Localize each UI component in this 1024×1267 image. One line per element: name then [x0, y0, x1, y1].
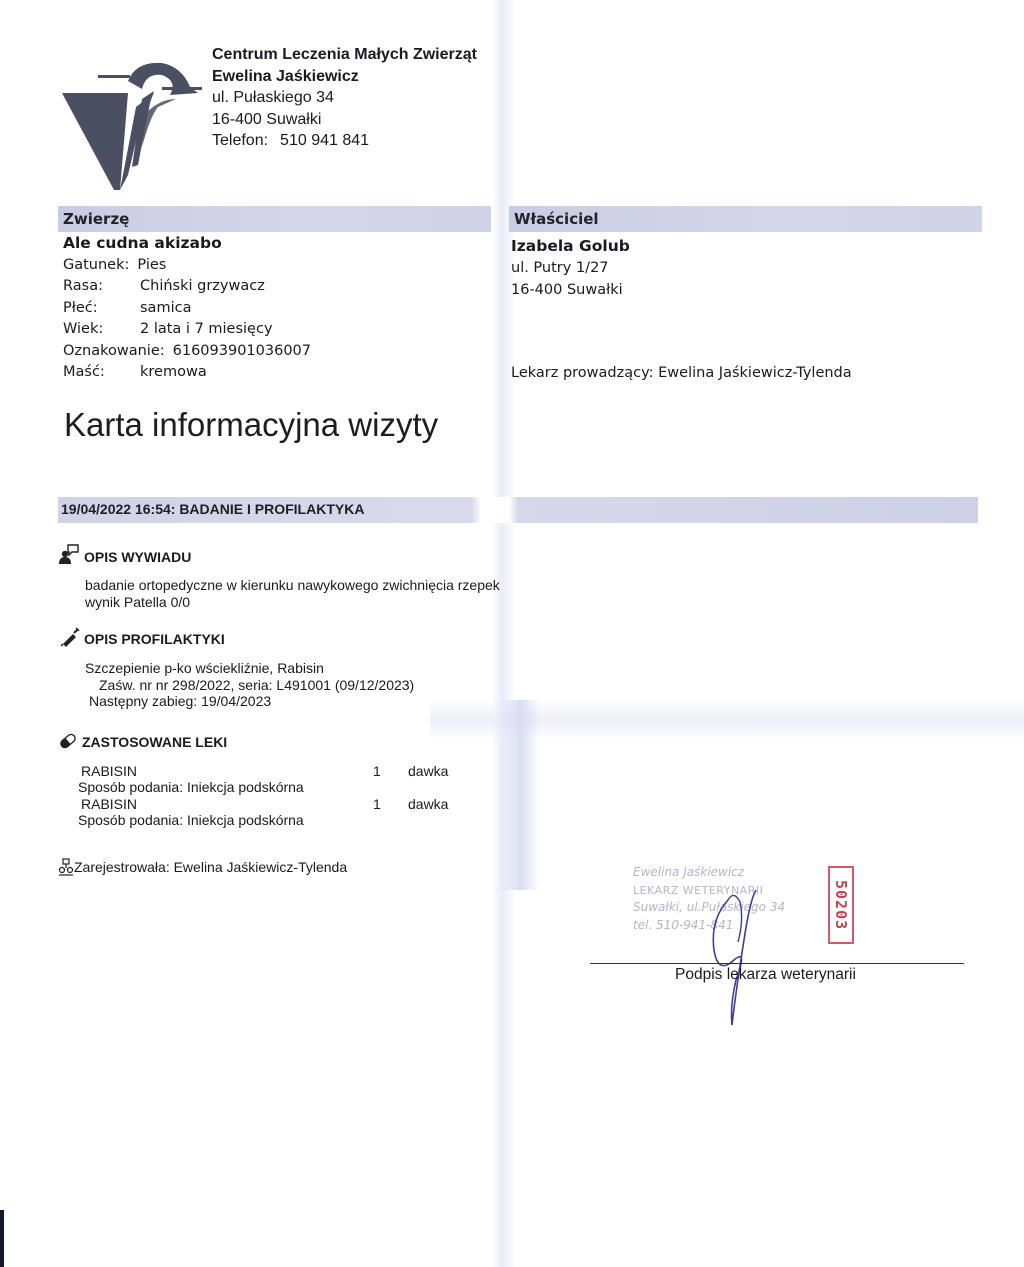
stamp-line: Ewelina Jaśkiewicz	[633, 864, 785, 882]
medications-title: ZASTOSOWANE LEKI	[82, 734, 227, 750]
animal-name: Ale cudna akizabo	[63, 233, 311, 255]
clinic-logo-icon	[58, 55, 203, 190]
field-label: Płeć:	[63, 298, 140, 320]
animal-section-bar: Zwierzę	[58, 206, 491, 232]
animal-field-breed: Rasa: Chiński grzywacz	[63, 276, 311, 298]
visit-header-bar: 19/04/2022 16:54: BADANIE I PROFILAKTYKA	[58, 497, 978, 523]
clinic-phone: Telefon:510 941 841	[212, 130, 477, 152]
medication-unit: dawka	[408, 796, 448, 812]
medications-list: RABISIN 1 dawka Sposób podania: Iniekcja…	[78, 761, 458, 829]
interview-title: OPIS WYWIADU	[84, 549, 191, 565]
interview-section-heading: OPIS WYWIADU	[58, 543, 191, 565]
attending-doctor: Lekarz prowadzący: Ewelina Jaśkiewicz-Ty…	[511, 365, 852, 381]
medication-route: Sposób podania: Iniekcja podskórna	[78, 779, 458, 796]
field-label: Oznakowanie:	[63, 341, 165, 363]
medication-name: RABISIN	[78, 763, 373, 779]
clinic-owner: Ewelina Jaśkiewicz	[212, 66, 477, 88]
animal-details: Ale cudna akizabo Gatunek: Pies Rasa: Ch…	[63, 233, 311, 384]
animal-field-sex: Płeć: samica	[63, 298, 311, 320]
prophylaxis-line: Następny zabieg: 19/04/2023	[85, 693, 414, 710]
animal-section-title: Zwierzę	[58, 206, 491, 232]
interview-speech-icon	[58, 543, 80, 565]
signature-line	[590, 963, 964, 964]
clinic-name: Centrum Leczenia Małych Zwierząt	[212, 44, 477, 66]
field-label: Maść:	[63, 362, 140, 384]
field-value: Pies	[137, 255, 166, 277]
medication-qty: 1	[373, 796, 408, 812]
field-value: kremowa	[140, 362, 207, 384]
paper-crease-vertical	[492, 0, 514, 1267]
animal-field-age: Wiek: 2 lata i 7 miesięcy	[63, 319, 311, 341]
field-value: samica	[140, 298, 191, 320]
medication-qty: 1	[373, 763, 408, 779]
prophylaxis-section-heading: OPIS PROFILAKTYKI	[60, 627, 225, 647]
doctor-label: Lekarz prowadzący:	[511, 365, 654, 381]
owner-street: ul. Putry 1/27	[511, 257, 630, 279]
interview-line: badanie ortopedyczne w kierunku nawykowe…	[85, 577, 500, 594]
visit-header: 19/04/2022 16:54: BADANIE I PROFILAKTYKA	[58, 497, 978, 521]
owner-name: Izabela Golub	[511, 235, 630, 257]
medication-route: Sposób podania: Iniekcja podskórna	[78, 812, 458, 829]
medication-item: RABISIN 1 dawka Sposób podania: Iniekcja…	[78, 763, 458, 796]
interview-line: wynik Patella 0/0	[85, 594, 500, 611]
prophylaxis-line: Zaśw. nr nr 298/2022, seria: L491001 (09…	[85, 677, 414, 694]
field-value: 616093901036007	[173, 341, 311, 363]
syringe-icon	[60, 627, 80, 647]
medication-unit: dawka	[408, 763, 448, 779]
medications-section-heading: ZASTOSOWANE LEKI	[58, 732, 227, 750]
paper-fold-shadow	[500, 700, 540, 890]
animal-field-color: Maść: kremowa	[63, 362, 311, 384]
scan-edge	[0, 1210, 4, 1267]
document-title: Karta informacyjna wizyty	[64, 406, 438, 444]
signature-label: Podpis lekarza weterynarii	[675, 966, 856, 984]
clinic-phone-label: Telefon:	[212, 132, 268, 149]
clinic-header: Centrum Leczenia Małych Zwierząt Ewelina…	[212, 44, 477, 152]
registered-by-text: Zarejestrowała: Ewelina Jaśkiewicz-Tylen…	[74, 859, 347, 875]
medication-item: RABISIN 1 dawka Sposób podania: Iniekcja…	[78, 796, 458, 829]
prophylaxis-line: Szczepienie p-ko wściekliźnie, Rabisin	[85, 660, 414, 677]
owner-city: 16-400 Suwałki	[511, 279, 630, 301]
clinic-street: ul. Pułaskiego 34	[212, 87, 477, 109]
registered-by: Zarejestrowała: Ewelina Jaśkiewicz-Tylen…	[58, 858, 347, 876]
stamp-license-number: 50203	[828, 866, 854, 944]
prophylaxis-title: OPIS PROFILAKTYKI	[84, 631, 225, 647]
handwritten-signature	[700, 880, 770, 1030]
clinic-city: 16-400 Suwałki	[212, 109, 477, 131]
field-label: Gatunek:	[63, 255, 129, 277]
owner-section-bar: Właściciel	[509, 206, 982, 232]
interview-body: badanie ortopedyczne w kierunku nawykowe…	[85, 577, 500, 610]
animal-field-marking: Oznakowanie: 616093901036007	[63, 341, 311, 363]
field-label: Wiek:	[63, 319, 140, 341]
field-label: Rasa:	[63, 276, 140, 298]
owner-details: Izabela Golub ul. Putry 1/27 16-400 Suwa…	[511, 235, 630, 301]
prophylaxis-body: Szczepienie p-ko wściekliźnie, Rabisin Z…	[85, 660, 414, 710]
doctor-name: Ewelina Jaśkiewicz-Tylenda	[658, 365, 852, 381]
staff-users-icon	[58, 858, 74, 876]
owner-section-title: Właściciel	[509, 206, 982, 232]
clinic-phone-number: 510 941 841	[280, 132, 369, 149]
pill-icon	[58, 732, 78, 750]
animal-field-species: Gatunek: Pies	[63, 255, 311, 277]
field-value: 2 lata i 7 miesięcy	[140, 319, 273, 341]
medication-name: RABISIN	[78, 796, 373, 812]
field-value: Chiński grzywacz	[140, 276, 265, 298]
